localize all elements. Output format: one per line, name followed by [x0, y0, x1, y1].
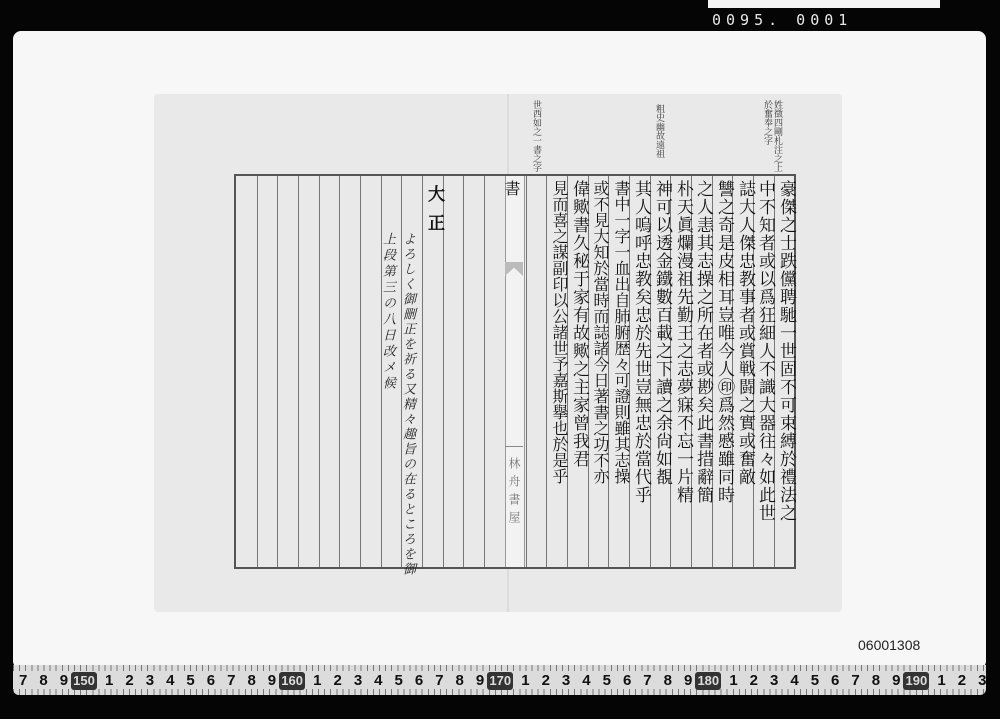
- text-column-3: 誌大人傑忠教事者或賞戦闘之實或奮敵: [735, 180, 755, 486]
- ruler-tick-label: 1: [99, 672, 119, 690]
- ruler-tick-label: 6: [825, 672, 845, 690]
- ruler-tick-label: 190: [903, 672, 929, 690]
- ruler-tick-label: 4: [368, 672, 388, 690]
- gutter-char: 書: [505, 180, 523, 196]
- ruler-tick-label: 6: [201, 672, 221, 690]
- ruler-tick-label: 4: [576, 672, 596, 690]
- handwritten-annotation-1: よろしく御刪正を祈る又精々趣旨の在るところを御: [398, 232, 417, 577]
- ruler-tick-label: 2: [119, 672, 139, 690]
- ruler-tick-label: 7: [637, 672, 657, 690]
- margin-note-center: 粗史幽故遠祖: [654, 104, 664, 174]
- ruler-tick-label: 8: [450, 672, 470, 690]
- measuring-ruler: 7891501234567891601234567891701234567891…: [13, 665, 986, 695]
- handwritten-annotation-2: 上段第三の八日改メ候: [378, 232, 397, 392]
- ruler-tick-label: 2: [952, 672, 972, 690]
- film-label-strip: [708, 0, 940, 8]
- ruler-tick-label: 150: [71, 672, 97, 690]
- ruler-tick-label: 3: [972, 672, 986, 690]
- text-column-12: 見而喜之謀副印以公諸世予嘉斯擧也於是乎: [549, 180, 569, 484]
- text-column-10: 或不見大知於當時而誌諸今日著書之功不亦: [590, 180, 610, 484]
- ruler-tick-label: 2: [536, 672, 556, 690]
- ruler-tick-label: 2: [744, 672, 764, 690]
- ruler-tick-label: 7: [845, 672, 865, 690]
- text-column-8: 其人嗚呼忠教矣忠於先世豈無忠於當代乎: [631, 180, 651, 504]
- text-column-11: 偉歟書久秘于家有故歟之主家曾我君: [569, 180, 589, 468]
- frame-id: 0095. 0001: [712, 11, 852, 29]
- ruler-tick-label: 5: [597, 672, 617, 690]
- ruler-tick-label: 7: [221, 672, 241, 690]
- ruler-tick-label: 3: [348, 672, 368, 690]
- ruler-tick-label: 1: [515, 672, 535, 690]
- ruler-tick-label: 3: [556, 672, 576, 690]
- ruler-tick-label: 170: [487, 672, 513, 690]
- ruler-tick-label: 2: [327, 672, 347, 690]
- ruler-tick-label: 3: [764, 672, 784, 690]
- ruler-tick-label: 5: [389, 672, 409, 690]
- text-column-4: 讐之奇是皮相耳豈唯今人㊞爲然慼雖同時: [714, 180, 734, 504]
- gutter-divider: [505, 446, 523, 447]
- ruler-tick-label: 180: [695, 672, 721, 690]
- ruler-tick-label: 5: [180, 672, 200, 690]
- text-column-7: 神可以透金鐵數百載之下讀之余尙如覩: [652, 180, 672, 486]
- margin-note-right: 姓徴四剛札注之上於奮奉之字: [762, 100, 782, 175]
- ruler-numbers: 7891501234567891601234567891701234567891…: [13, 672, 986, 690]
- ruler-tick-label: 8: [241, 672, 261, 690]
- ruler-tick-label: 6: [409, 672, 429, 690]
- text-column-5: 之人恚其志操之所在者或尠矣此書措辭簡: [693, 180, 713, 504]
- ruler-tick-label: 1: [307, 672, 327, 690]
- ruler-tick-label: 3: [140, 672, 160, 690]
- publisher-mark: 林舟書屋: [505, 457, 523, 529]
- ruler-tick-label: 4: [160, 672, 180, 690]
- catalog-number: 06001308: [858, 637, 920, 653]
- ruler-tick-label: 8: [866, 672, 886, 690]
- ruler-tick-label: 7: [429, 672, 449, 690]
- ruler-tick-label: 1: [931, 672, 951, 690]
- ruler-tick-label: 8: [33, 672, 53, 690]
- era-heading: 大正: [422, 185, 447, 243]
- ruler-tick-label: 1: [723, 672, 743, 690]
- ruler-tick-label: 5: [805, 672, 825, 690]
- margin-note-left: 世西如之一書之字: [531, 100, 541, 175]
- ruler-tick-label: 8: [658, 672, 678, 690]
- text-column-2: 中不知者或以爲狂細人不識大器往々如此世: [755, 180, 775, 522]
- ruler-tick-label: 6: [617, 672, 637, 690]
- text-column-9: 書中一字一血出自肺腑歴々可證則雖其志操: [611, 180, 631, 484]
- ruler-tick-label: 4: [784, 672, 804, 690]
- text-column-6: 朴天眞爛漫祖先勤王之志夢寐不忘一片精: [673, 180, 693, 504]
- text-column-1: 豪傑之士跌儻聘馳一世固不可束縛於禮法之: [776, 180, 796, 522]
- ruler-tick-label: 160: [279, 672, 305, 690]
- ruler-tick-label: 7: [13, 672, 33, 690]
